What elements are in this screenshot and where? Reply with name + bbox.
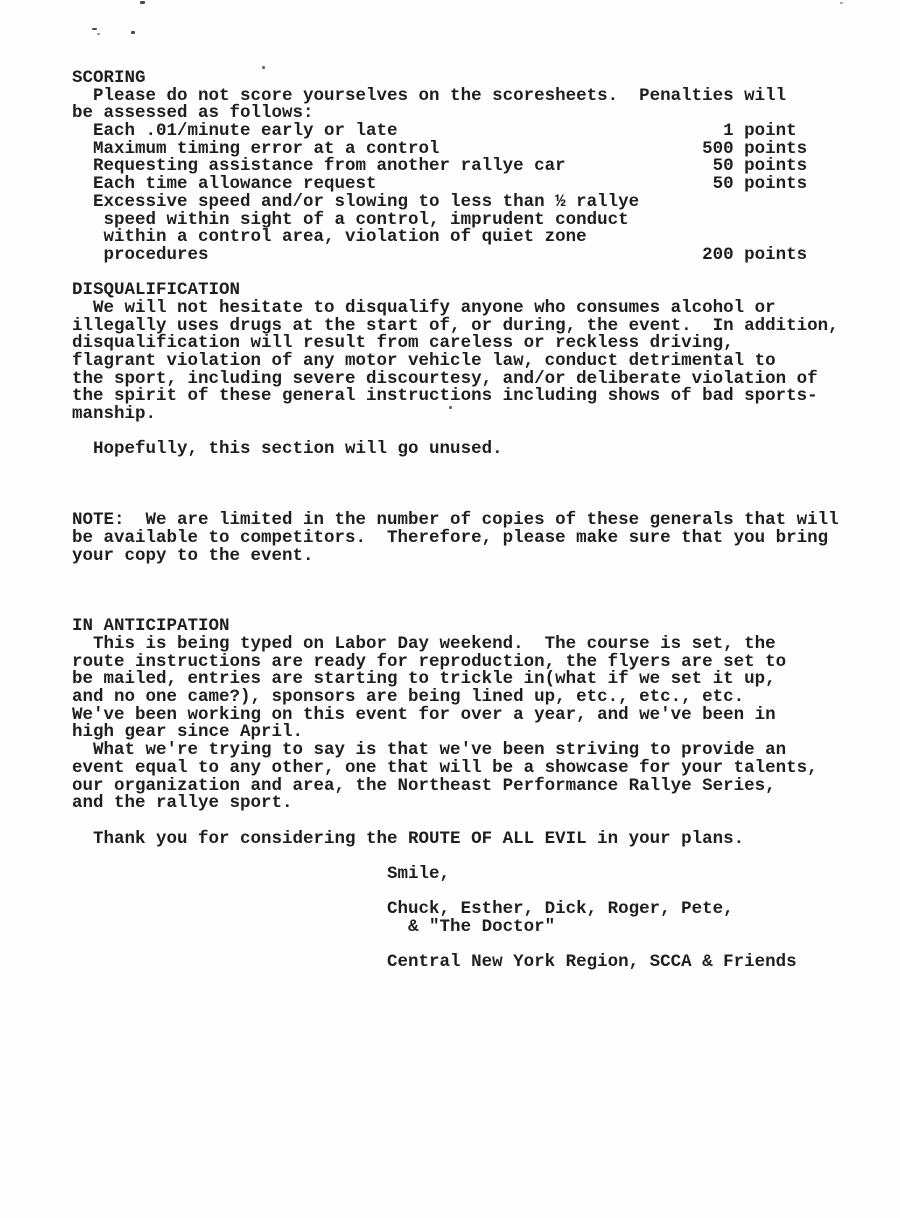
- signature-organization: Central New York Region, SCCA & Friends: [72, 954, 839, 972]
- blank-line: [72, 477, 839, 495]
- blank-line: [72, 583, 839, 601]
- penalty-row: procedures 200 points: [72, 247, 839, 265]
- doc-line: manship.: [72, 406, 839, 424]
- blank-line: [72, 813, 839, 831]
- doc-line: We will not hesitate to disqualify anyon…: [72, 300, 839, 318]
- scan-speck: [840, 2, 843, 4]
- note-line: your copy to the event.: [72, 548, 839, 566]
- document-body: SCORING Please do not score yourselves o…: [72, 70, 839, 972]
- doc-line: the spirit of these general instructions…: [72, 388, 839, 406]
- signature-salutation: Smile,: [72, 866, 839, 884]
- blank-line: [72, 565, 839, 583]
- scan-speck: [262, 66, 265, 69]
- note-line: be available to competitors. Therefore, …: [72, 530, 839, 548]
- penalty-row: Excessive speed and/or slowing to less t…: [72, 194, 839, 212]
- scanned-page: SCORING Please do not score yourselves o…: [0, 0, 900, 1218]
- thank-you-line: Thank you for considering the ROUTE OF A…: [72, 831, 839, 849]
- scan-speck: [92, 28, 97, 30]
- doc-line: Hopefully, this section will go unused.: [72, 441, 839, 459]
- scan-speck: [140, 1, 145, 4]
- blank-line: [72, 459, 839, 477]
- doc-line: event equal to any other, one that will …: [72, 760, 839, 778]
- scan-speck: [131, 31, 135, 34]
- doc-line: and the rallye sport.: [72, 795, 839, 813]
- scan-speck: [97, 33, 100, 35]
- signature-names-line2: & "The Doctor": [72, 919, 839, 937]
